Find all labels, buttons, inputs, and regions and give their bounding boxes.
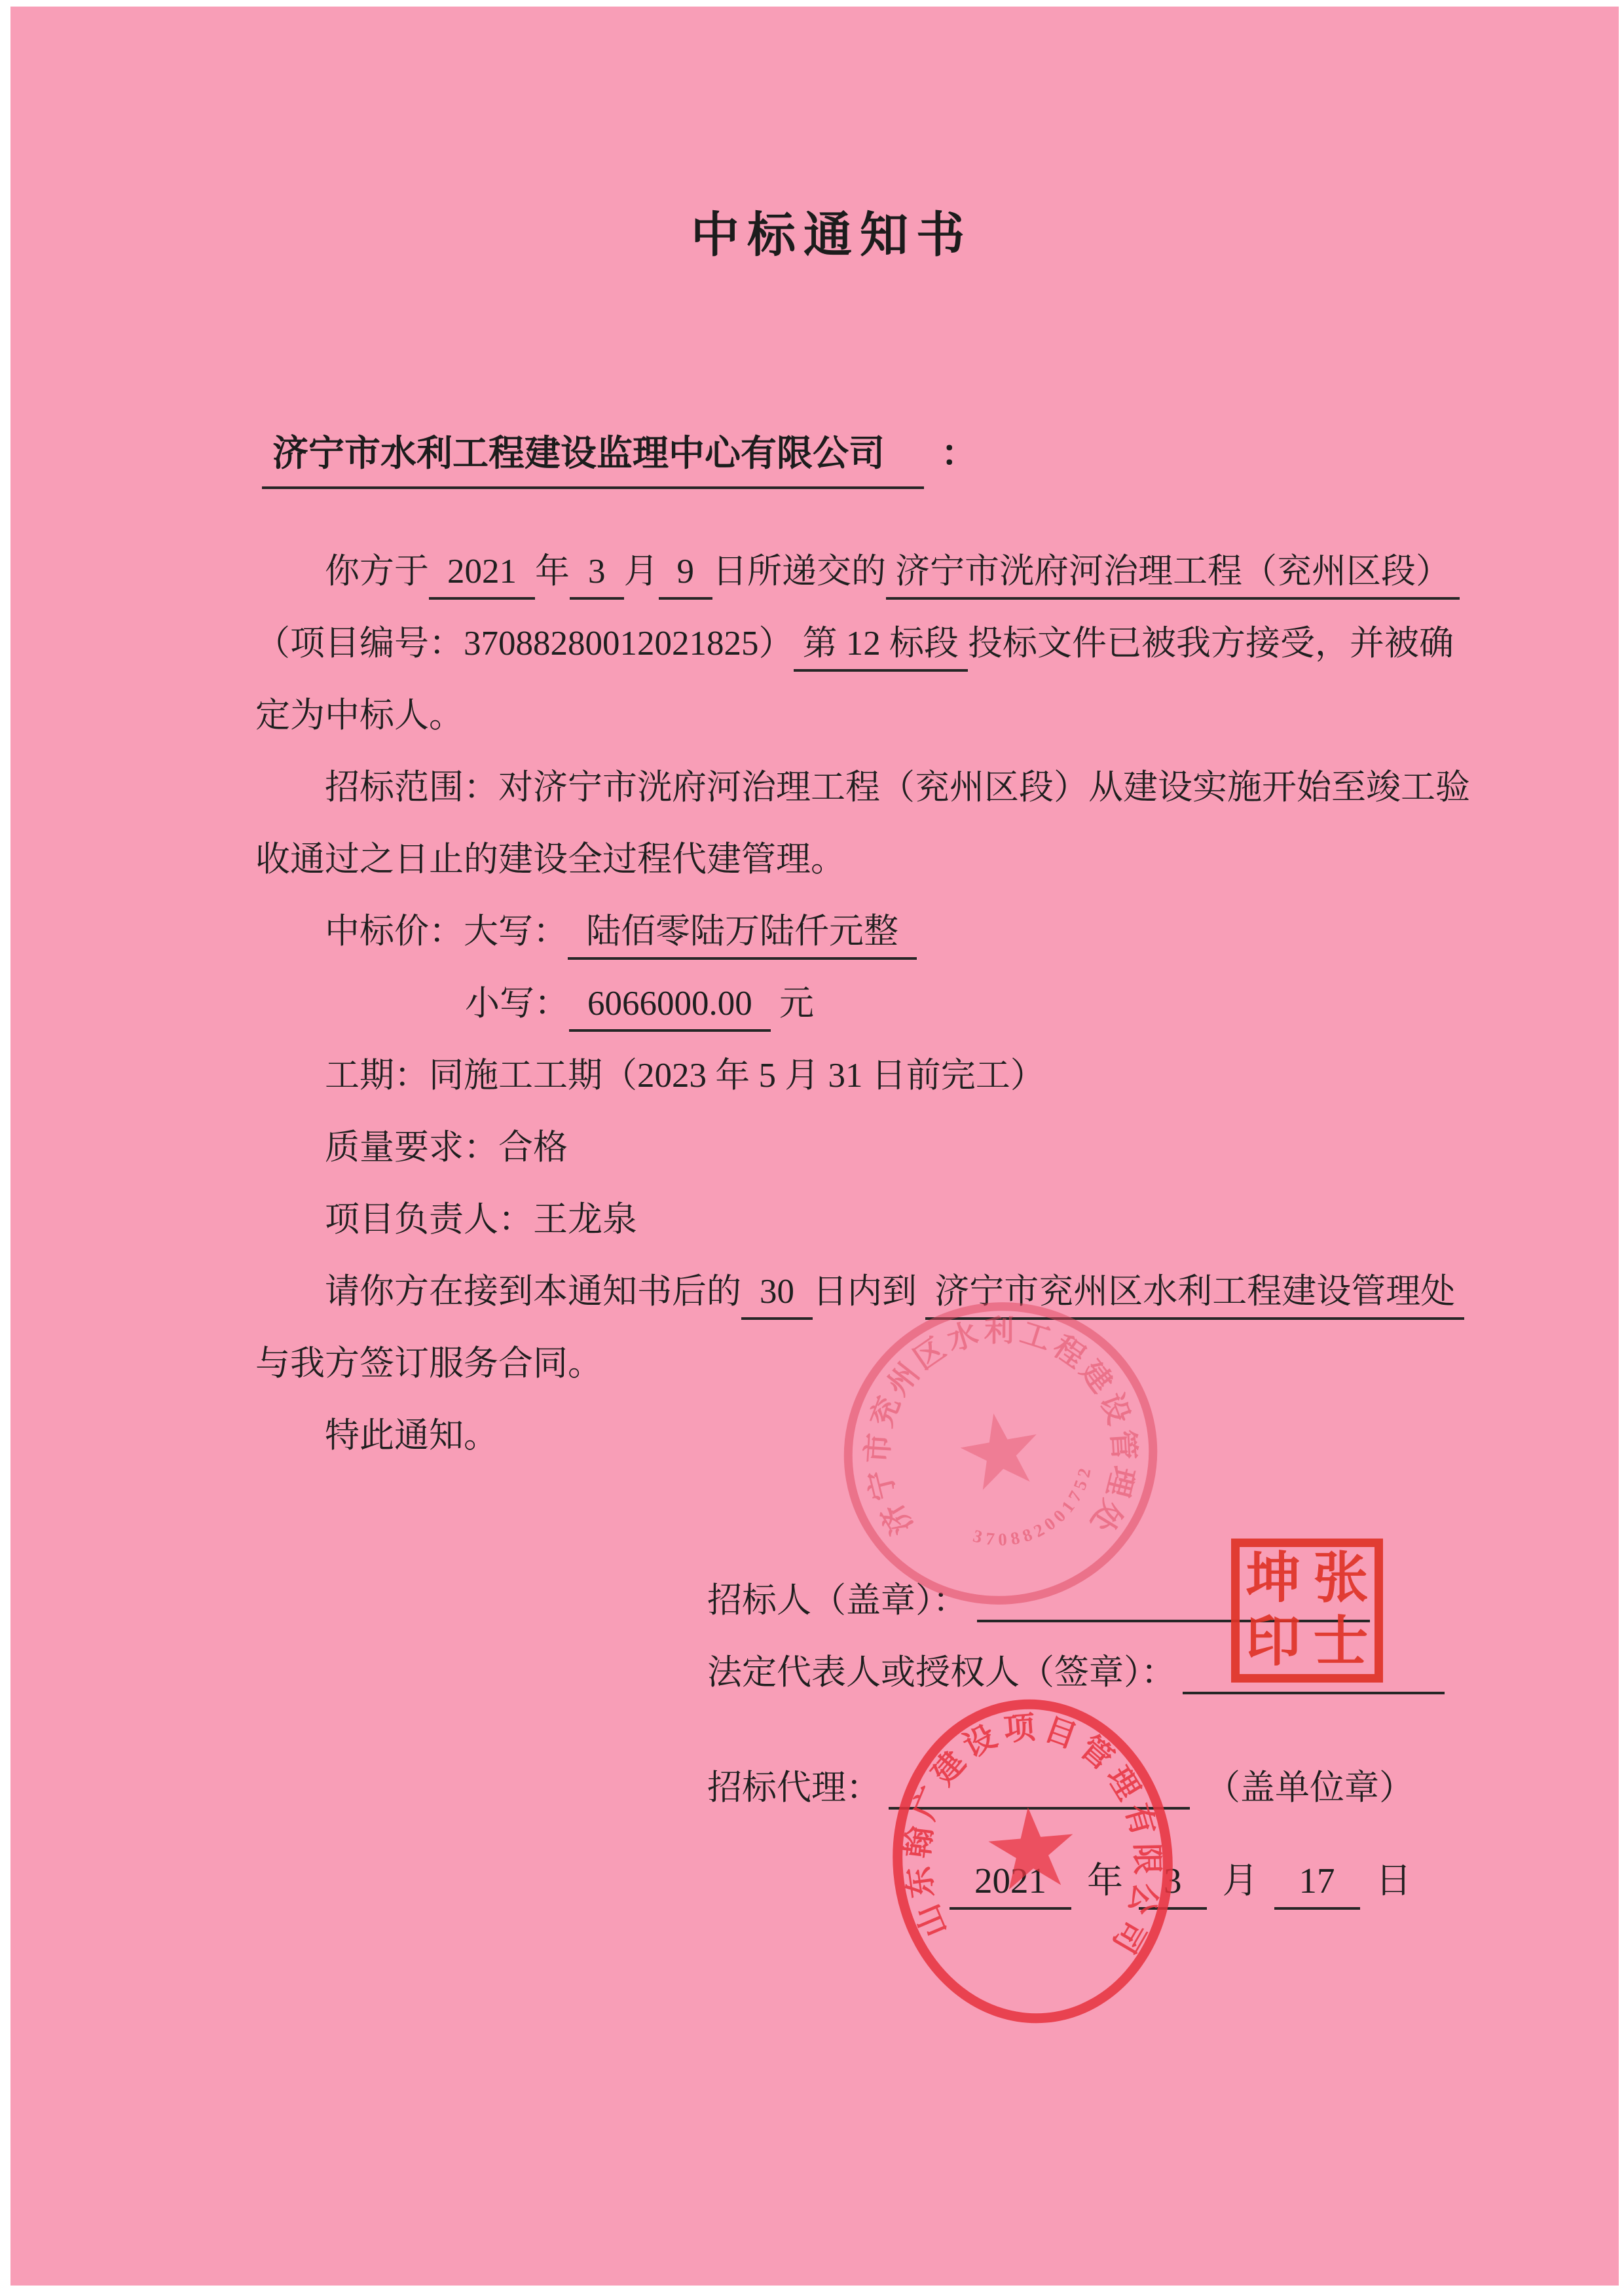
price-figures-label: 小写： — [465, 985, 569, 1023]
line-manager: 项目负责人：王龙泉 — [255, 1184, 1421, 1256]
currency-unit: 元 — [779, 985, 814, 1023]
date-day-unit: 日 — [1376, 1861, 1412, 1901]
line-contract-1: 请你方在接到本通知书后的30日内到 济宁市兖州区水利工程建设管理处 — [255, 1256, 1421, 1328]
submission-day: 9 — [659, 553, 713, 600]
line-awarded: 定为中标人。 — [255, 680, 1421, 752]
project-number: （项目编号：37088280012021825） — [255, 625, 794, 663]
date-line: 2021年3月17日 — [950, 1845, 1428, 1917]
seal-char: 印 — [1240, 1611, 1307, 1674]
seal-char: 坤 — [1240, 1547, 1307, 1611]
agent-seal-note: （盖单位章） — [1206, 1769, 1414, 1807]
days-to-sign: 30 — [741, 1273, 813, 1320]
line-notice: 特此通知。 — [255, 1400, 1421, 1472]
line-contract-2: 与我方签订服务合同。 — [255, 1328, 1421, 1400]
line-price-figures: 小写：6066000.00 元 — [255, 968, 1421, 1040]
agent-signature-line: 招标代理：（盖单位章） — [707, 1752, 1414, 1824]
date-day: 17 — [1274, 1861, 1360, 1910]
submission-year: 2021 — [429, 553, 535, 600]
price-in-words: 陆佰零陆万陆仟元整 — [568, 913, 917, 960]
price-words-label: 中标价：大写： — [325, 913, 568, 951]
seal-char: 士 — [1307, 1611, 1375, 1674]
text-segment: 请你方在接到本通知书后的 — [325, 1273, 741, 1311]
recipient-name: 济宁市水利工程建设监理中心有限公司 — [262, 433, 924, 489]
bid-section: 第 12 标段 — [794, 625, 969, 672]
seal-char: 张 — [1307, 1547, 1375, 1611]
legal-rep-label: 法定代表人或授权人（签章）： — [707, 1654, 1176, 1692]
line-duration: 工期：同施工工期（2023 年 5 月 31 日前完工） — [255, 1040, 1421, 1112]
text-segment: 投标文件已被我方接受，并被确 — [968, 625, 1454, 663]
text-segment: 日内到 — [813, 1273, 917, 1311]
date-year-unit: 年 — [1087, 1861, 1123, 1901]
price-in-figures: 6066000.00 — [569, 985, 771, 1032]
line-quality: 质量要求：合格 — [255, 1112, 1421, 1184]
line-project-no: （项目编号：37088280012021825）第 12 标段投标文件已被我方接… — [255, 608, 1421, 680]
body-text: 你方于2021年3月9日所递交的济宁市洸府河治理工程（兖州区段） （项目编号：3… — [255, 536, 1421, 1472]
date-month: 3 — [1139, 1861, 1207, 1910]
agent-signature-blank — [889, 1770, 1190, 1810]
date-month-unit: 月 — [1223, 1861, 1259, 1901]
date-year: 2021 — [950, 1861, 1071, 1910]
document-title: 中标通知书 — [0, 196, 1624, 266]
line-price-words: 中标价：大写：陆佰零陆万陆仟元整 — [255, 896, 1421, 968]
recipient-line: 济宁市水利工程建设监理中心有限公司： — [262, 424, 977, 476]
personal-name-seal: 坤 张 印 士 — [1231, 1539, 1383, 1683]
agent-label: 招标代理： — [707, 1769, 881, 1807]
text-segment: 月 — [624, 553, 659, 591]
recipient-colon: ： — [941, 433, 977, 473]
text-segment: 年 — [535, 553, 570, 591]
line-scope-2: 收通过之日止的建设全过程代建管理。 — [255, 824, 1421, 896]
scanned-page: { "colors": { "paper_pink": "#f89eb7", "… — [0, 0, 1624, 2296]
bidder-label: 招标人（盖章）： — [707, 1582, 968, 1620]
text-segment: 你方于 — [325, 553, 429, 591]
project-name: 济宁市洸府河治理工程（兖州区段） — [886, 553, 1460, 600]
text-segment: 日所递交的 — [712, 553, 886, 591]
employer-org-name: 济宁市兖州区水利工程建设管理处 — [925, 1273, 1464, 1320]
line-submission: 你方于2021年3月9日所递交的济宁市洸府河治理工程（兖州区段） — [255, 536, 1421, 608]
line-scope-1: 招标范围：对济宁市洸府河治理工程（兖州区段）从建设实施开始至竣工验 — [255, 752, 1421, 824]
submission-month: 3 — [570, 553, 624, 600]
